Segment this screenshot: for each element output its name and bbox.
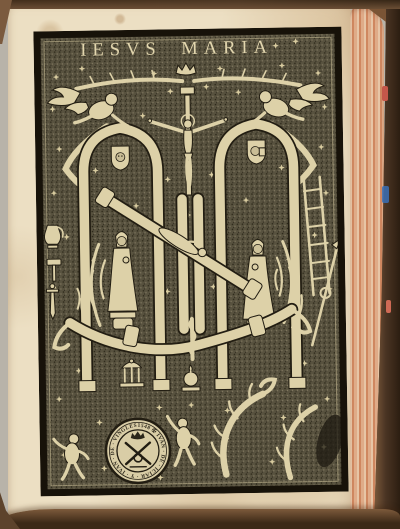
- edge-marker-red: [382, 86, 388, 101]
- title-inscription: IESVS MARIA: [80, 38, 273, 61]
- bottom-board: [0, 509, 400, 529]
- book-photo: IESVS MARIA: [0, 0, 400, 529]
- edge-marker-blue: [382, 186, 389, 203]
- woodcut-titlepage: IESVS MARIA: [33, 27, 348, 497]
- niche-bust-right: [247, 140, 265, 164]
- niche-bust-left: [111, 146, 129, 170]
- edge-marker-red2: [386, 300, 391, 313]
- top-board: [0, 0, 400, 9]
